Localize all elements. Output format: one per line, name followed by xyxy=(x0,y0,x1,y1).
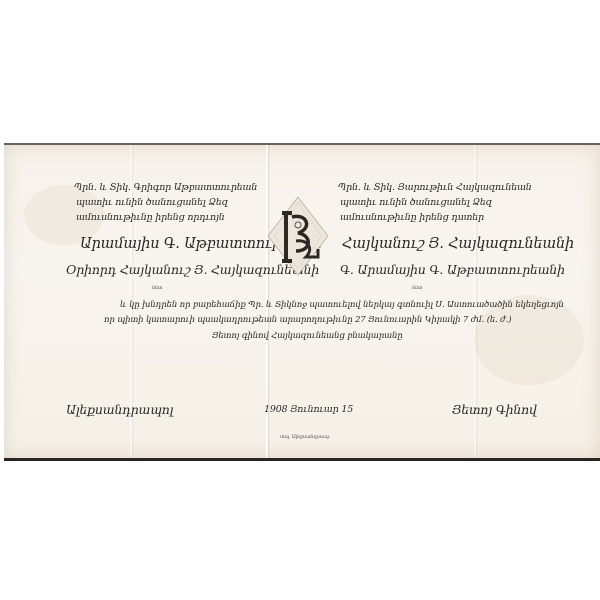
right-announce-line: պատիւ ունին ծանուցանել Ձեզ xyxy=(340,197,492,208)
left-with-word: հետ xyxy=(152,285,162,291)
body-line-3: Յետոյ գինով Հայկազունեանց բնակարանը xyxy=(212,331,403,341)
bride-name: Հայկանուշ Յ. Հայկազունեանի xyxy=(342,236,574,252)
monogram-icon xyxy=(262,195,334,277)
right-parents-line: Պրն. և Տիկ. Յարութիւն Հայկազունեան xyxy=(338,182,532,193)
footer-right: Յետոյ Գինով xyxy=(452,402,537,417)
groom-name-right: Գ. Արամայիս Գ. Աթբատտուրեանի xyxy=(340,262,565,277)
right-with-word: հետ xyxy=(412,285,422,291)
left-parents-line: Պրն. և Տիկ. Գրիգոր Աթբատտուրեան xyxy=(74,182,257,193)
footer-date: 1908 Յունուար 15 xyxy=(264,404,353,415)
footer-printer: տպ. Ալեքսանդրապ. xyxy=(280,434,330,440)
footer-city: Ալեքսանդրապոլ xyxy=(66,402,173,417)
right-marriage-line: ամուսնութիւնը իրենց դստեր xyxy=(340,212,484,223)
monogram xyxy=(262,195,334,277)
body-line-2: որ պիտի կատարուի պսակադրութեան արարողութ… xyxy=(104,315,511,325)
left-marriage-line: ամուսնութիւնը իրենց որդւոյն xyxy=(76,212,225,223)
body-line-1: և կը խնդրեն որ բարեհաճիք Պր. և Տիկնոջ պա… xyxy=(120,300,564,310)
left-announce-line: պատիւ ունին ծանուցանել Ձեզ xyxy=(76,197,228,208)
